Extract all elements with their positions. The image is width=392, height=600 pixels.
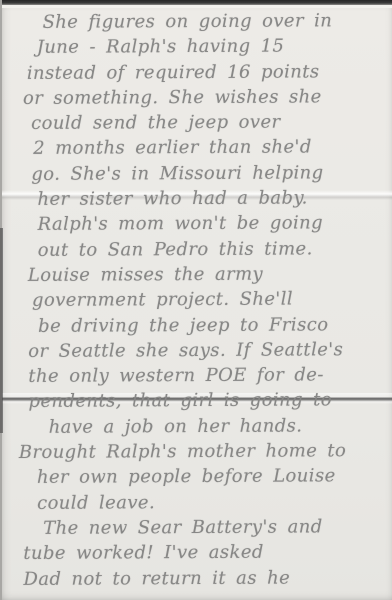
- scan-edge-left-shadow: [0, 228, 3, 433]
- handwritten-line: government project. She'll: [32, 286, 384, 313]
- handwritten-line: could leave.: [37, 489, 385, 516]
- letter-page: She figures on going over in June - Ralp…: [0, 0, 392, 600]
- handwritten-text-block: She figures on going over in June - Ralp…: [12, 8, 385, 592]
- handwritten-line: or something. She wishes she: [23, 84, 383, 111]
- handwritten-line: go. She's in Missouri helping: [31, 160, 383, 187]
- handwritten-line: could send the jeep over: [31, 109, 383, 136]
- handwritten-line: pendents, that girl is going to: [28, 387, 384, 414]
- handwritten-line: out to San Pedro this time.: [38, 236, 384, 263]
- handwritten-line: Brought Ralph's mother home to: [19, 438, 385, 465]
- handwritten-line: Dad not to return it as he: [23, 565, 385, 592]
- handwritten-line: June - Ralph's having 15: [37, 33, 383, 60]
- handwritten-line: or Seattle she says. If Seattle's: [28, 337, 384, 364]
- handwritten-line: her own people before Louise: [37, 463, 385, 490]
- handwritten-line: 2 months earlier than she'd: [33, 135, 383, 162]
- scan-edge-top-highlight: [0, 5, 392, 8]
- handwritten-line: instead of required 16 points: [27, 59, 383, 86]
- handwritten-line: be driving the jeep to Frisco: [38, 312, 384, 339]
- handwritten-line: She figures on going over in: [42, 8, 382, 35]
- handwritten-line: Ralph's mom won't be going: [38, 210, 384, 237]
- handwritten-line: tube worked! I've asked: [23, 539, 385, 566]
- handwritten-line: have a job on her hands.: [49, 413, 385, 440]
- handwritten-line: Louise misses the army: [28, 261, 384, 288]
- handwritten-line: her sister who had a baby.: [37, 185, 383, 212]
- handwritten-line: The new Sear Battery's and: [43, 514, 385, 541]
- handwritten-line: the only western POE for de-: [28, 362, 384, 389]
